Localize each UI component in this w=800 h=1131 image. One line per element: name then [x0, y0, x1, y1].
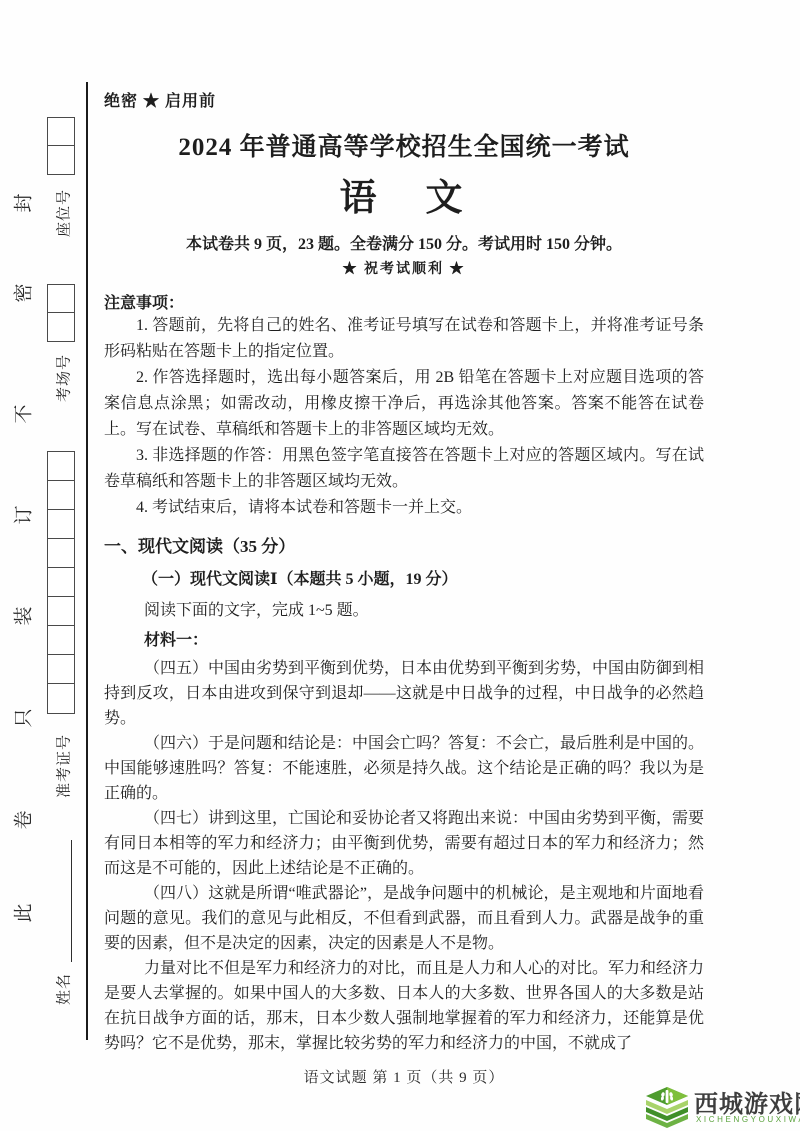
- admission-number-cell: [48, 539, 74, 568]
- admission-number-cell: [48, 684, 74, 713]
- passage-paragraph: （四六）于是问题和结论是：中国会亡吗？答复：不会亡，最后胜利是中国的。中国能够速…: [104, 731, 704, 806]
- admission-number-cell: [48, 510, 74, 539]
- note-item: 1. 答题前，先将自己的姓名、准考证号填写在试卷和答题卡上，并将准考证号条形码粘…: [104, 313, 704, 365]
- note-item: 3. 非选择题的作答：用黑色签字笔直接答在答题卡上对应的答题区域内。写在试卷草稿…: [104, 443, 704, 495]
- reading-passage: （四五）中国由劣势到平衡到优势，日本由优势到平衡到劣势，中国由防御到相持到反攻，…: [104, 656, 704, 1056]
- passage-paragraph: （四七）讲到这里，亡国论和妥协论者又将跑出来说：中国由劣势到平衡，需要有同日本相…: [104, 806, 704, 881]
- wheat-logo-icon: [642, 1086, 692, 1131]
- reading-intro-line: 阅读下面的文字，完成 1~5 题。: [104, 597, 704, 620]
- passage-paragraph: （四八）这就是所谓“唯武器论”，是战争问题中的机械论，是主观地和片面地看问题的意…: [104, 881, 704, 956]
- watermark-site-name: 西城游戏网: [694, 1084, 800, 1119]
- exam-room-boxes: [47, 284, 75, 342]
- admission-number-cell: [48, 452, 74, 481]
- section-part1-heading: 一、现代文阅读（35 分）: [104, 532, 704, 557]
- notes-heading: 注意事项：: [104, 290, 704, 313]
- exam-paper-page: 封 密 不 订 装 只 卷 此 座位号 考场号 准考证号 姓名 绝密 ★ 启用前…: [0, 0, 800, 1131]
- note-item: 2. 作答选择题时，选出每小题答案后，用 2B 铅笔在答题卡上对应题目选项的答案…: [104, 365, 704, 443]
- admission-number-cell: [48, 568, 74, 597]
- seal-border-line: [86, 82, 88, 1040]
- exam-content-column: 绝密 ★ 启用前 2024 年普通高等学校招生全国统一考试 语 文 本试卷共 9…: [104, 88, 704, 1056]
- note-item: 4. 考试结束后，请将本试卷和答题卡一并上交。: [104, 495, 704, 521]
- admission-number-cell: [48, 481, 74, 510]
- name-blank-line: [71, 840, 72, 962]
- seat-number-boxes: [47, 117, 75, 175]
- exam-room-cell: [48, 285, 74, 313]
- paper-info-line: 本试卷共 9 页，23 题。全卷满分 150 分。考试用时 150 分钟。: [104, 231, 704, 254]
- subject-title: 语 文: [104, 167, 704, 221]
- admission-number-cell: [48, 655, 74, 684]
- material-one-label: 材料一：: [104, 627, 704, 650]
- exam-wish-line: ★ 祝考试顺利 ★: [104, 258, 704, 278]
- passage-paragraph: 力量对比不但是军力和经济力的对比，而且是人力和人心的对比。军力和经济力是要人去掌…: [104, 956, 704, 1056]
- admission-number-boxes: [47, 451, 75, 714]
- admission-number-cell: [48, 597, 74, 626]
- passage-paragraph: （四五）中国由劣势到平衡到优势，日本由优势到平衡到劣势，中国由防御到相持到反攻，…: [104, 656, 704, 731]
- seat-number-cell: [48, 118, 74, 146]
- section-sub1-heading: （一）现代文阅读Ⅰ（本题共 5 小题，19 分）: [104, 566, 704, 589]
- site-watermark: 西城游戏网 XICHENGYOUXIWANG: [642, 1084, 800, 1131]
- page-footer: 语文试题 第 1 页（共 9 页）: [104, 1066, 704, 1087]
- seat-number-cell: [48, 146, 74, 174]
- exam-room-cell: [48, 313, 74, 341]
- admission-number-cell: [48, 626, 74, 655]
- watermark-site-romanization: XICHENGYOUXIWANG: [696, 1115, 800, 1124]
- classification-banner: 绝密 ★ 启用前: [104, 88, 704, 111]
- exam-title: 2024 年普通高等学校招生全国统一考试: [104, 127, 704, 163]
